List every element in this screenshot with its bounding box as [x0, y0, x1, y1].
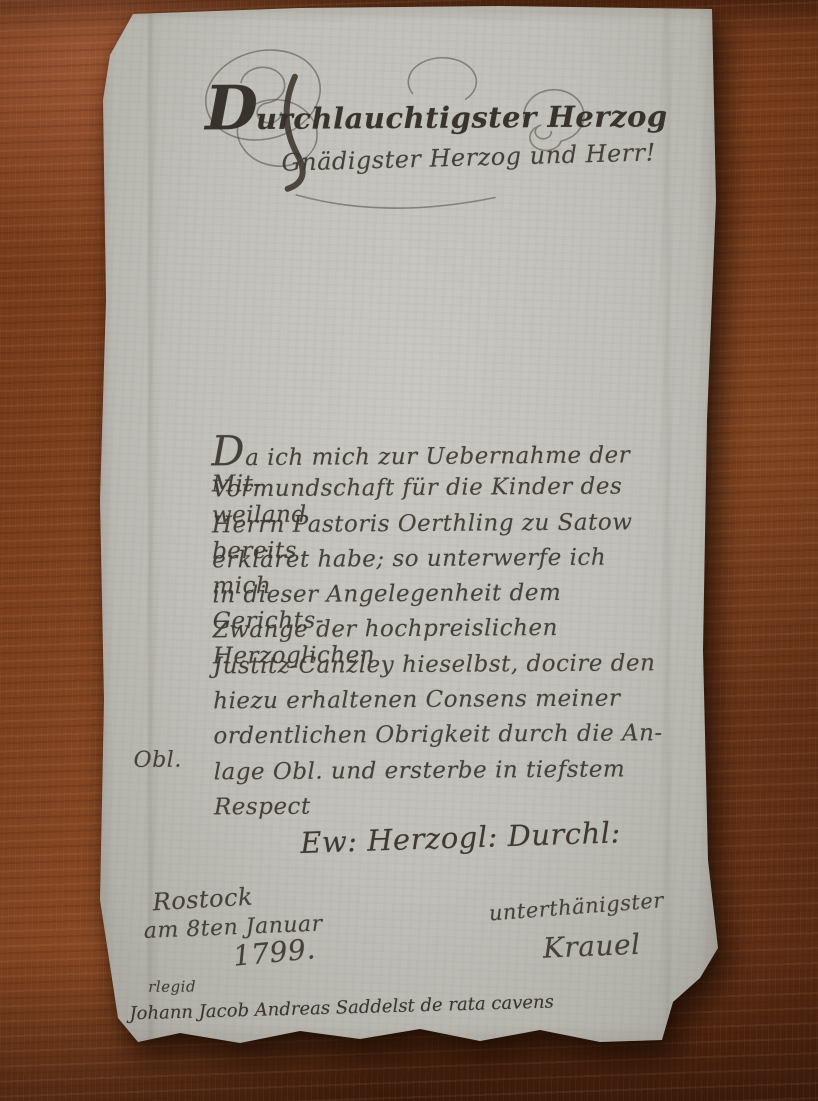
body-line: erkläret habe; so unterwerfe ich mich: [212, 544, 672, 583]
body-paragraph: Da ich mich zur Uebernahme der Mit- Vorm…: [211, 438, 674, 829]
signature-name: Krauel: [542, 928, 641, 965]
manuscript-paper: Durchlauchtigster Herzog Gnädigster Herz…: [88, 2, 728, 1054]
body-line: in dieser Angelegenheit dem Gerichts-: [212, 579, 672, 618]
valediction: unterthänigster: [488, 888, 665, 925]
handwriting-layer: Durchlauchtigster Herzog Gnädigster Herz…: [84, 0, 731, 1056]
body-line: ordentlichen Obrigkeit durch die An-: [213, 721, 673, 760]
margin-annotation-obl: Obl.: [134, 748, 182, 773]
place-name: Rostock: [152, 882, 254, 916]
docket-registrar-line: Johann Jacob Andreas Saddelst de rata ca…: [129, 992, 554, 1025]
photo-of-manuscript: Durchlauchtigster Herzog Gnädigster Herz…: [0, 0, 818, 1101]
year: 1799.: [232, 932, 317, 973]
docket-note: rlegid: [148, 977, 196, 995]
body-line: Zwange der hochpreislichen Herzoglichen: [213, 615, 673, 654]
body-line: Justitz-Canzley hieselbst, docire den: [213, 650, 673, 689]
body-line: Vormundschaft für die Kinder des weiland: [212, 473, 672, 512]
body-line: Da ich mich zur Uebernahme der Mit-: [211, 438, 671, 477]
body-line: Herrn Pastoris Oerthling zu Satow bereit…: [212, 509, 672, 548]
heading-line-1: Durchlauchtigster Herzog: [205, 88, 668, 136]
paper-sheet-wrap: Durchlauchtigster Herzog Gnädigster Herz…: [88, 2, 728, 1054]
body-line: hiezu erhaltenen Consens meiner: [213, 685, 673, 724]
body-line: lage Obl. und ersterbe in tiefstem: [214, 756, 674, 795]
